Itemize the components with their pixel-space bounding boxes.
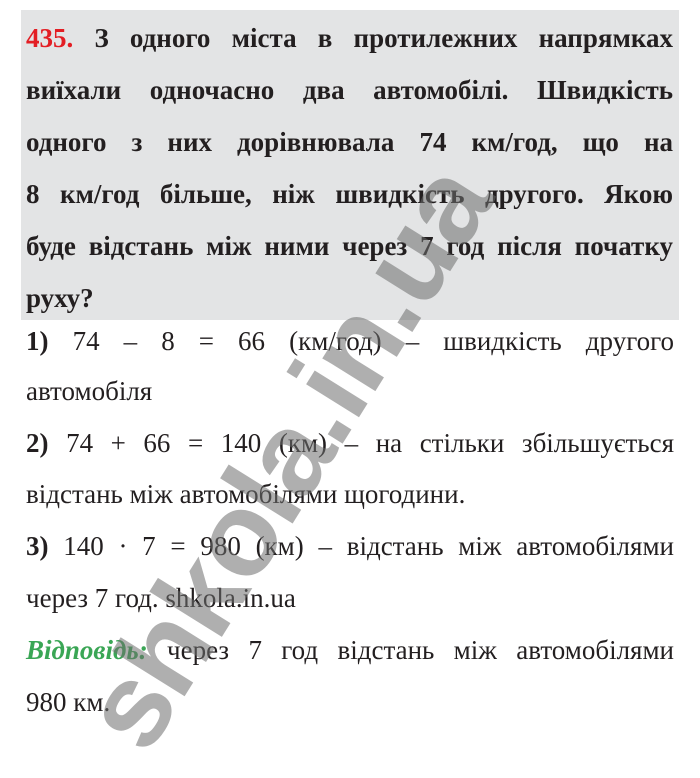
step-1-line-1: 1) 74 – 8 = 66 (км/год) – швидкість друг…	[26, 325, 674, 357]
problem-line-3: одного з них дорівнювала 74 км/год, що н…	[26, 126, 673, 158]
answer-label: Відповідь:	[26, 635, 148, 665]
step-3-line-1: 3) 140 · 7 = 980 (км) – відстань між авт…	[26, 530, 674, 562]
problem-line-4: 8 км/год більше, ніж швидкість другого. …	[26, 178, 673, 210]
step-1-line-2: автомобіля	[26, 375, 674, 407]
step-3-line-2: через 7 год. shkola.in.ua	[26, 582, 674, 614]
answer-line-1: Відповідь: через 7 год відстань між авто…	[26, 634, 674, 666]
problem-line-6: руху?	[26, 282, 673, 314]
answer-line-2: 980 км.	[26, 686, 674, 718]
problem-box: 435. З одного міста в протилежних напрям…	[21, 10, 679, 320]
step-2-line-2: відстань між автомобілями щогодини.	[26, 478, 674, 510]
problem-line-5: буде відстань між ними через 7 год після…	[26, 230, 673, 262]
problem-number: 435.	[26, 23, 73, 53]
problem-line-1: 435. З одного міста в протилежних напрям…	[26, 22, 673, 54]
step-2-line-1: 2) 74 + 66 = 140 (км) – на стільки збіль…	[26, 427, 674, 459]
problem-line-2: виїхали одночасно два автомобілі. Швидкі…	[26, 74, 673, 106]
